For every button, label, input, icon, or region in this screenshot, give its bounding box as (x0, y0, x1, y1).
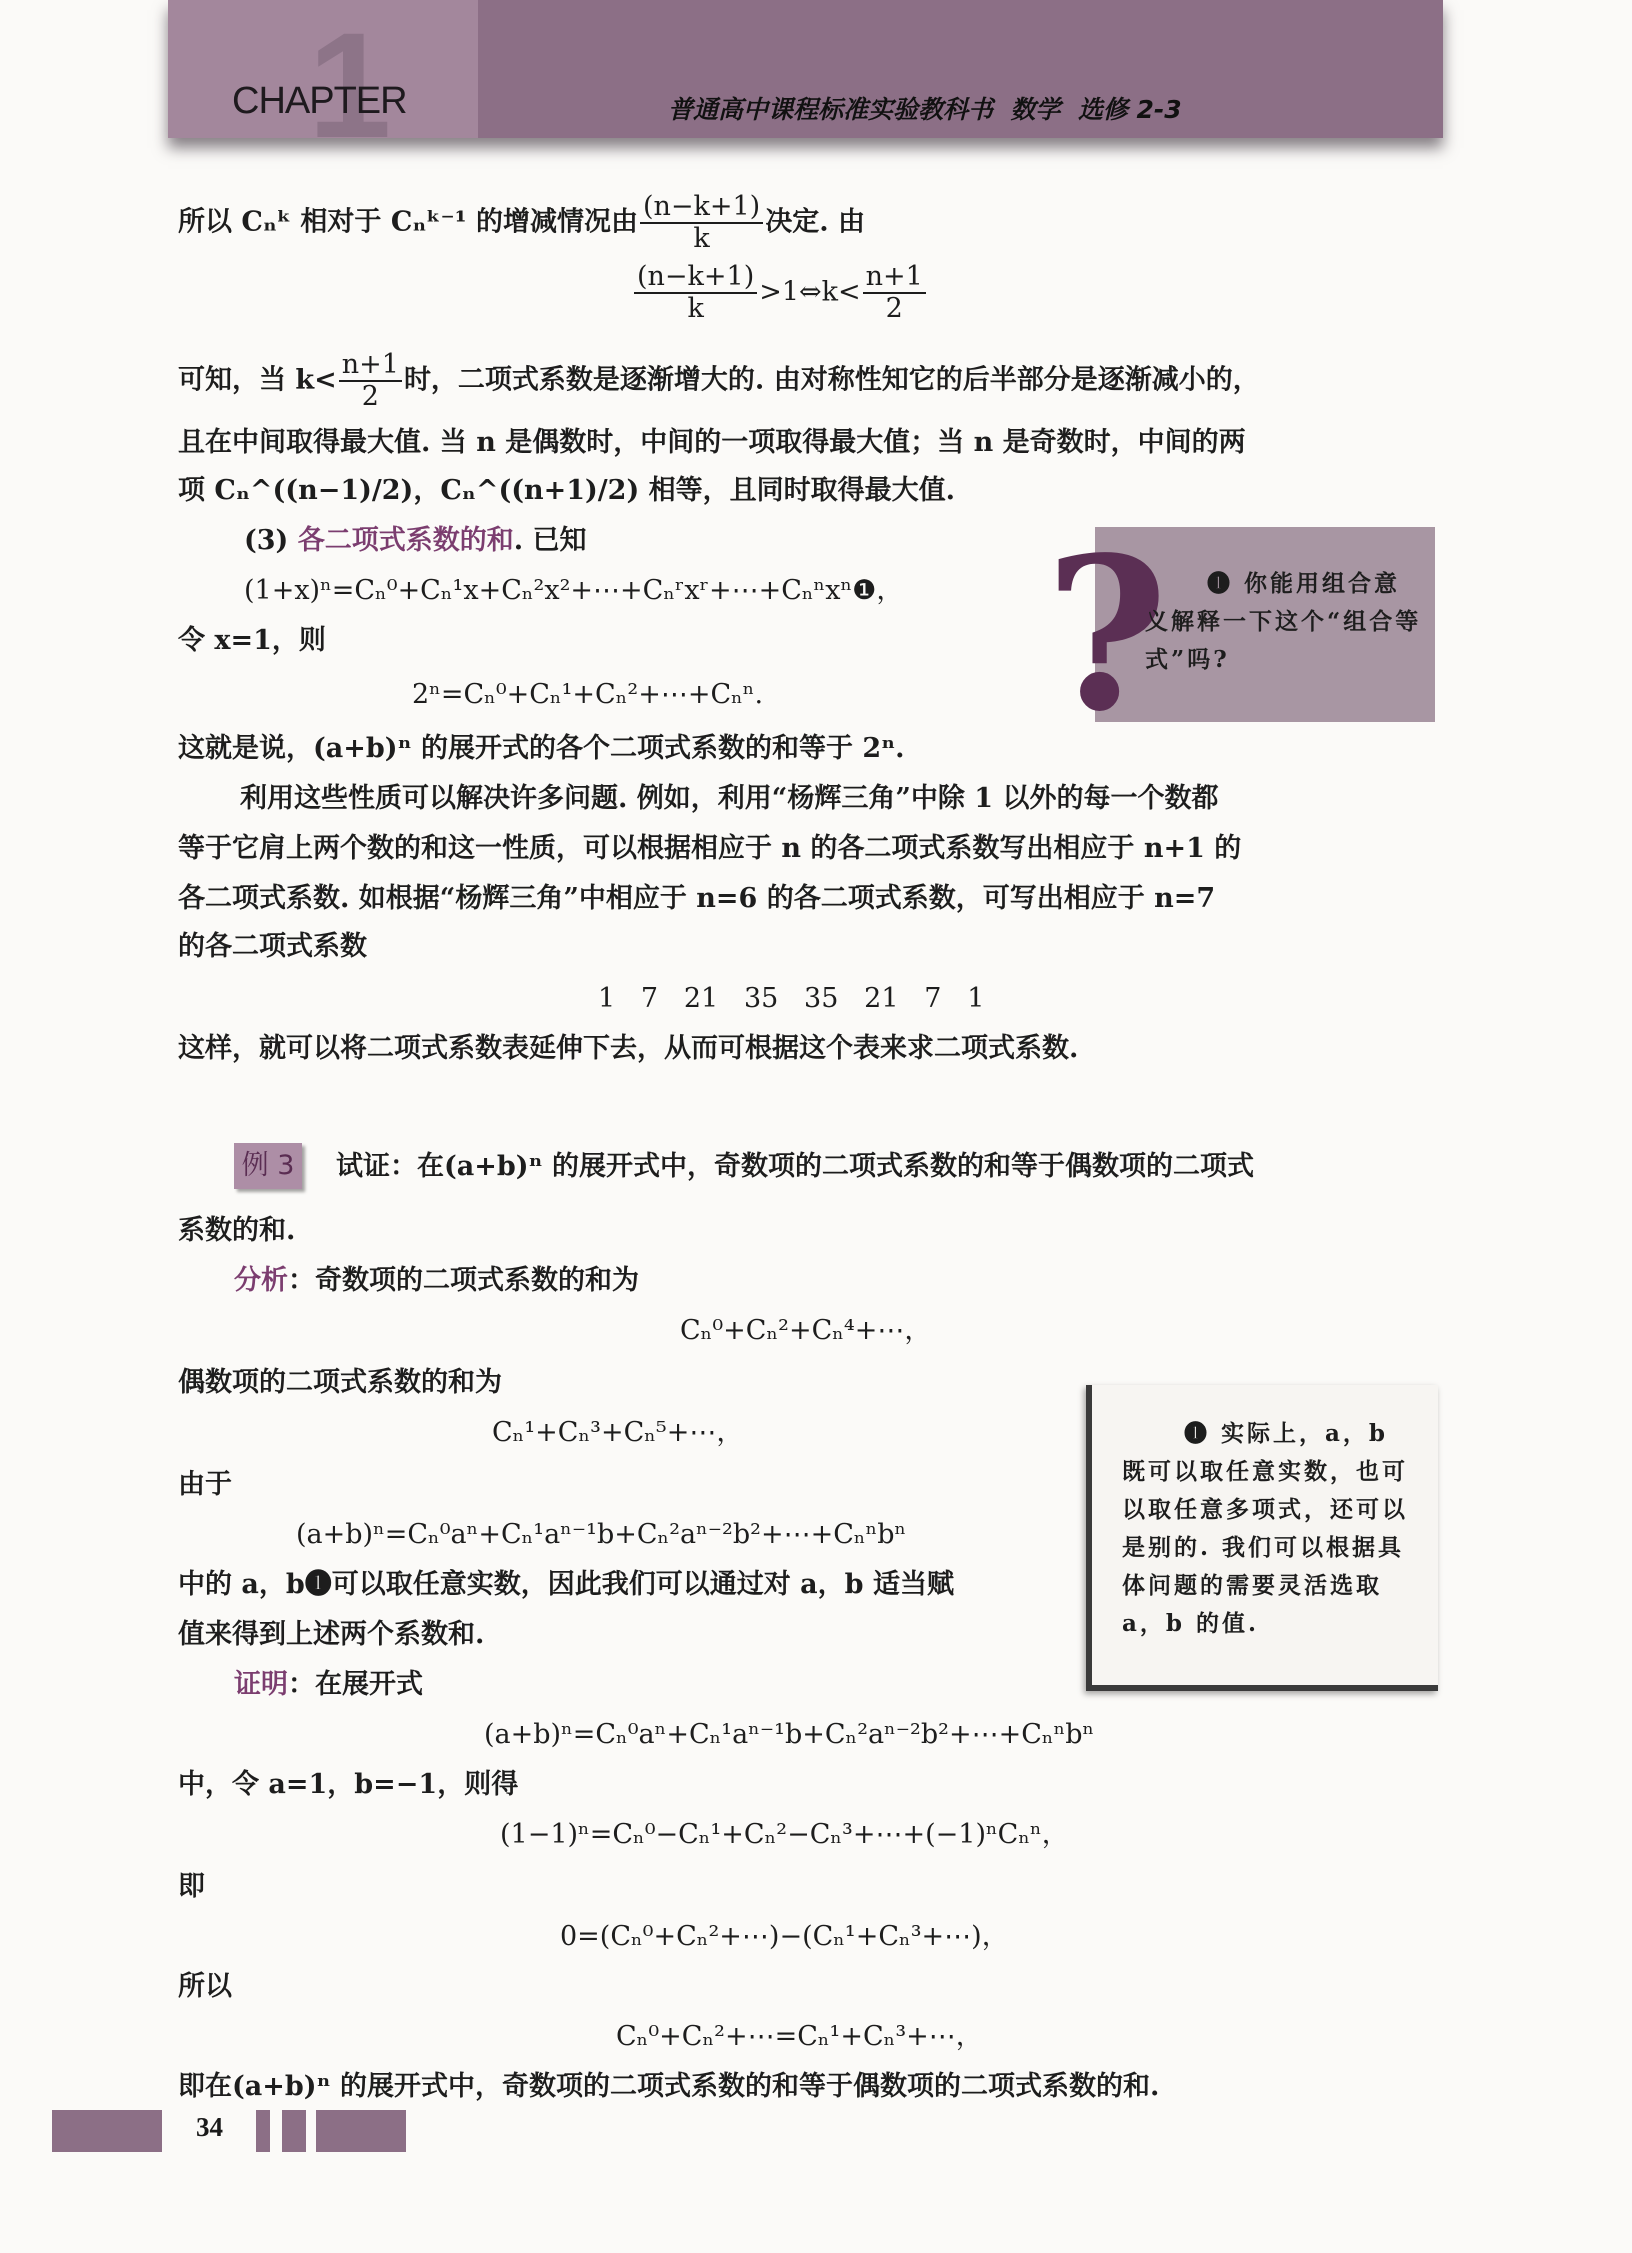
chapter-header: 1 CHAPTER 普通高中课程标准实验教科书 数学 选修 2-3 (168, 0, 1443, 138)
paragraph-5: 令 x=1，则 (178, 622, 326, 660)
equation-6: (a+b)ⁿ=Cₙ⁰aⁿ+Cₙ¹aⁿ⁻¹b+Cₙ²aⁿ⁻²b²+⋯+Cₙⁿbⁿ (296, 1516, 906, 1554)
text: 所以 Cₙᵏ 相对于 Cₙᵏ⁻¹ 的增减情况由 (178, 207, 638, 238)
paragraph-2: 可知，当 k<n+12时，二项式系数是逐渐增大的. 由对称性知它的后半部分是逐渐… (178, 350, 1260, 412)
paragraph-11: 这样，就可以将二项式系数表延伸下去，从而可根据这个表来求二项式系数. (178, 1030, 1078, 1068)
paragraph-9: 各二项式系数. 如根据“杨辉三角”中相应于 n=6 的各二项式系数，可写出相应于… (178, 880, 1215, 918)
paragraph-8: 等于它肩上两个数的和这一性质，可以根据相应于 n 的各二项式系数写出相应于 n+… (178, 830, 1241, 868)
paragraph-4: 项 Cₙ^((n−1)/2)，Cₙ^((n+1)/2) 相等，且同时取得最大值. (178, 472, 955, 510)
paragraph-19: 即在(a+b)ⁿ 的展开式中，奇数项的二项式系数的和等于偶数项的二项式系数的和. (178, 2068, 1159, 2106)
sidenote-2-text: ❶ 实际上，a，b 既可以取任意实数，也可以取任意多项式，还可以是别的. 我们可… (1122, 1415, 1422, 1643)
footer-bar-thin-2 (282, 2110, 306, 2152)
footer-bar-right (316, 2110, 406, 2152)
equation-5: Cₙ¹+Cₙ³+Cₙ⁵+⋯， (492, 1414, 743, 1452)
equation-4: Cₙ⁰+Cₙ²+Cₙ⁴+⋯， (680, 1312, 931, 1350)
chapter-label: CHAPTER (232, 80, 407, 123)
paragraph-13: 由于 (178, 1466, 232, 1504)
paragraph-14: 中的 a，b❶可以取任意实数，因此我们可以通过对 a，b 适当赋 (178, 1566, 954, 1604)
proof-line: 证明：在展开式 (234, 1666, 423, 1704)
book-title: 普通高中课程标准实验教科书 数学 选修 2-3 (668, 90, 1182, 126)
pascal-row-n7: 1 7 21 35 35 21 7 1 (598, 980, 984, 1018)
analysis-line: 分析：奇数项的二项式系数的和为 (234, 1262, 639, 1300)
equation-3: 2ⁿ=Cₙ⁰+Cₙ¹+Cₙ²+⋯+Cₙⁿ. (412, 676, 763, 714)
example-3-tag: 例 3 (234, 1143, 302, 1189)
footer-bar-thin-1 (256, 2110, 270, 2152)
paragraph-7: 利用这些性质可以解决许多问题. 例如，利用“杨辉三角”中除 1 以外的每一个数都 (240, 780, 1218, 818)
paragraph-1: 所以 Cₙᵏ 相对于 Cₙᵏ⁻¹ 的增减情况由(n−k+1)k决定. 由 (178, 192, 865, 254)
paragraph-6: 这就是说，(a+b)ⁿ 的展开式的各个二项式系数的和等于 2ⁿ. (178, 730, 905, 768)
paragraph-12: 偶数项的二项式系数的和为 (178, 1364, 502, 1402)
paragraph-17: 即 (178, 1868, 205, 1906)
page-number: 34 (196, 2112, 223, 2143)
paragraph-3: 且在中间取得最大值. 当 n 是偶数时，中间的一项取得最大值；当 n 是奇数时，… (178, 424, 1246, 462)
equation-8: (1−1)ⁿ=Cₙ⁰−Cₙ¹+Cₙ²−Cₙ³+⋯+(−1)ⁿCₙⁿ， (500, 1816, 1069, 1854)
footer-bar-left (52, 2110, 162, 2152)
text: 决定. 由 (765, 207, 865, 238)
equation-7: (a+b)ⁿ=Cₙ⁰aⁿ+Cₙ¹aⁿ⁻¹b+Cₙ²aⁿ⁻²b²+⋯+Cₙⁿbⁿ (484, 1716, 1094, 1754)
equation-1: (n−k+1)k>1⇔k<n+12 (632, 262, 928, 324)
fraction: (n−k+1)k (640, 192, 763, 254)
paragraph-10: 的各二项式系数 (178, 928, 367, 966)
example-3-statement: 试证：在(a+b)ⁿ 的展开式中，奇数项的二项式系数的和等于偶数项的二项式 (336, 1148, 1254, 1186)
equation-2: (1+x)ⁿ=Cₙ⁰+Cₙ¹x+Cₙ²x²+⋯+Cₙʳxʳ+⋯+Cₙⁿxⁿ❶， (244, 572, 903, 610)
paragraph-18: 所以 (178, 1968, 232, 2006)
paragraph-16: 中，令 a=1，b=−1，则得 (178, 1766, 518, 1804)
example-3-statement-cont: 系数的和. (178, 1212, 295, 1250)
equation-9: 0=(Cₙ⁰+Cₙ²+⋯)−(Cₙ¹+Cₙ³+⋯)， (560, 1918, 1009, 1956)
sidenote-1-text: ❶ 你能用组合意义解释一下这个“组合等式”吗? (1145, 565, 1425, 679)
section-3-heading: (3) 各二项式系数的和. 已知 (244, 522, 587, 560)
paragraph-15: 值来得到上述两个系数和. (178, 1616, 484, 1654)
equation-10: Cₙ⁰+Cₙ²+⋯=Cₙ¹+Cₙ³+⋯， (616, 2018, 983, 2056)
